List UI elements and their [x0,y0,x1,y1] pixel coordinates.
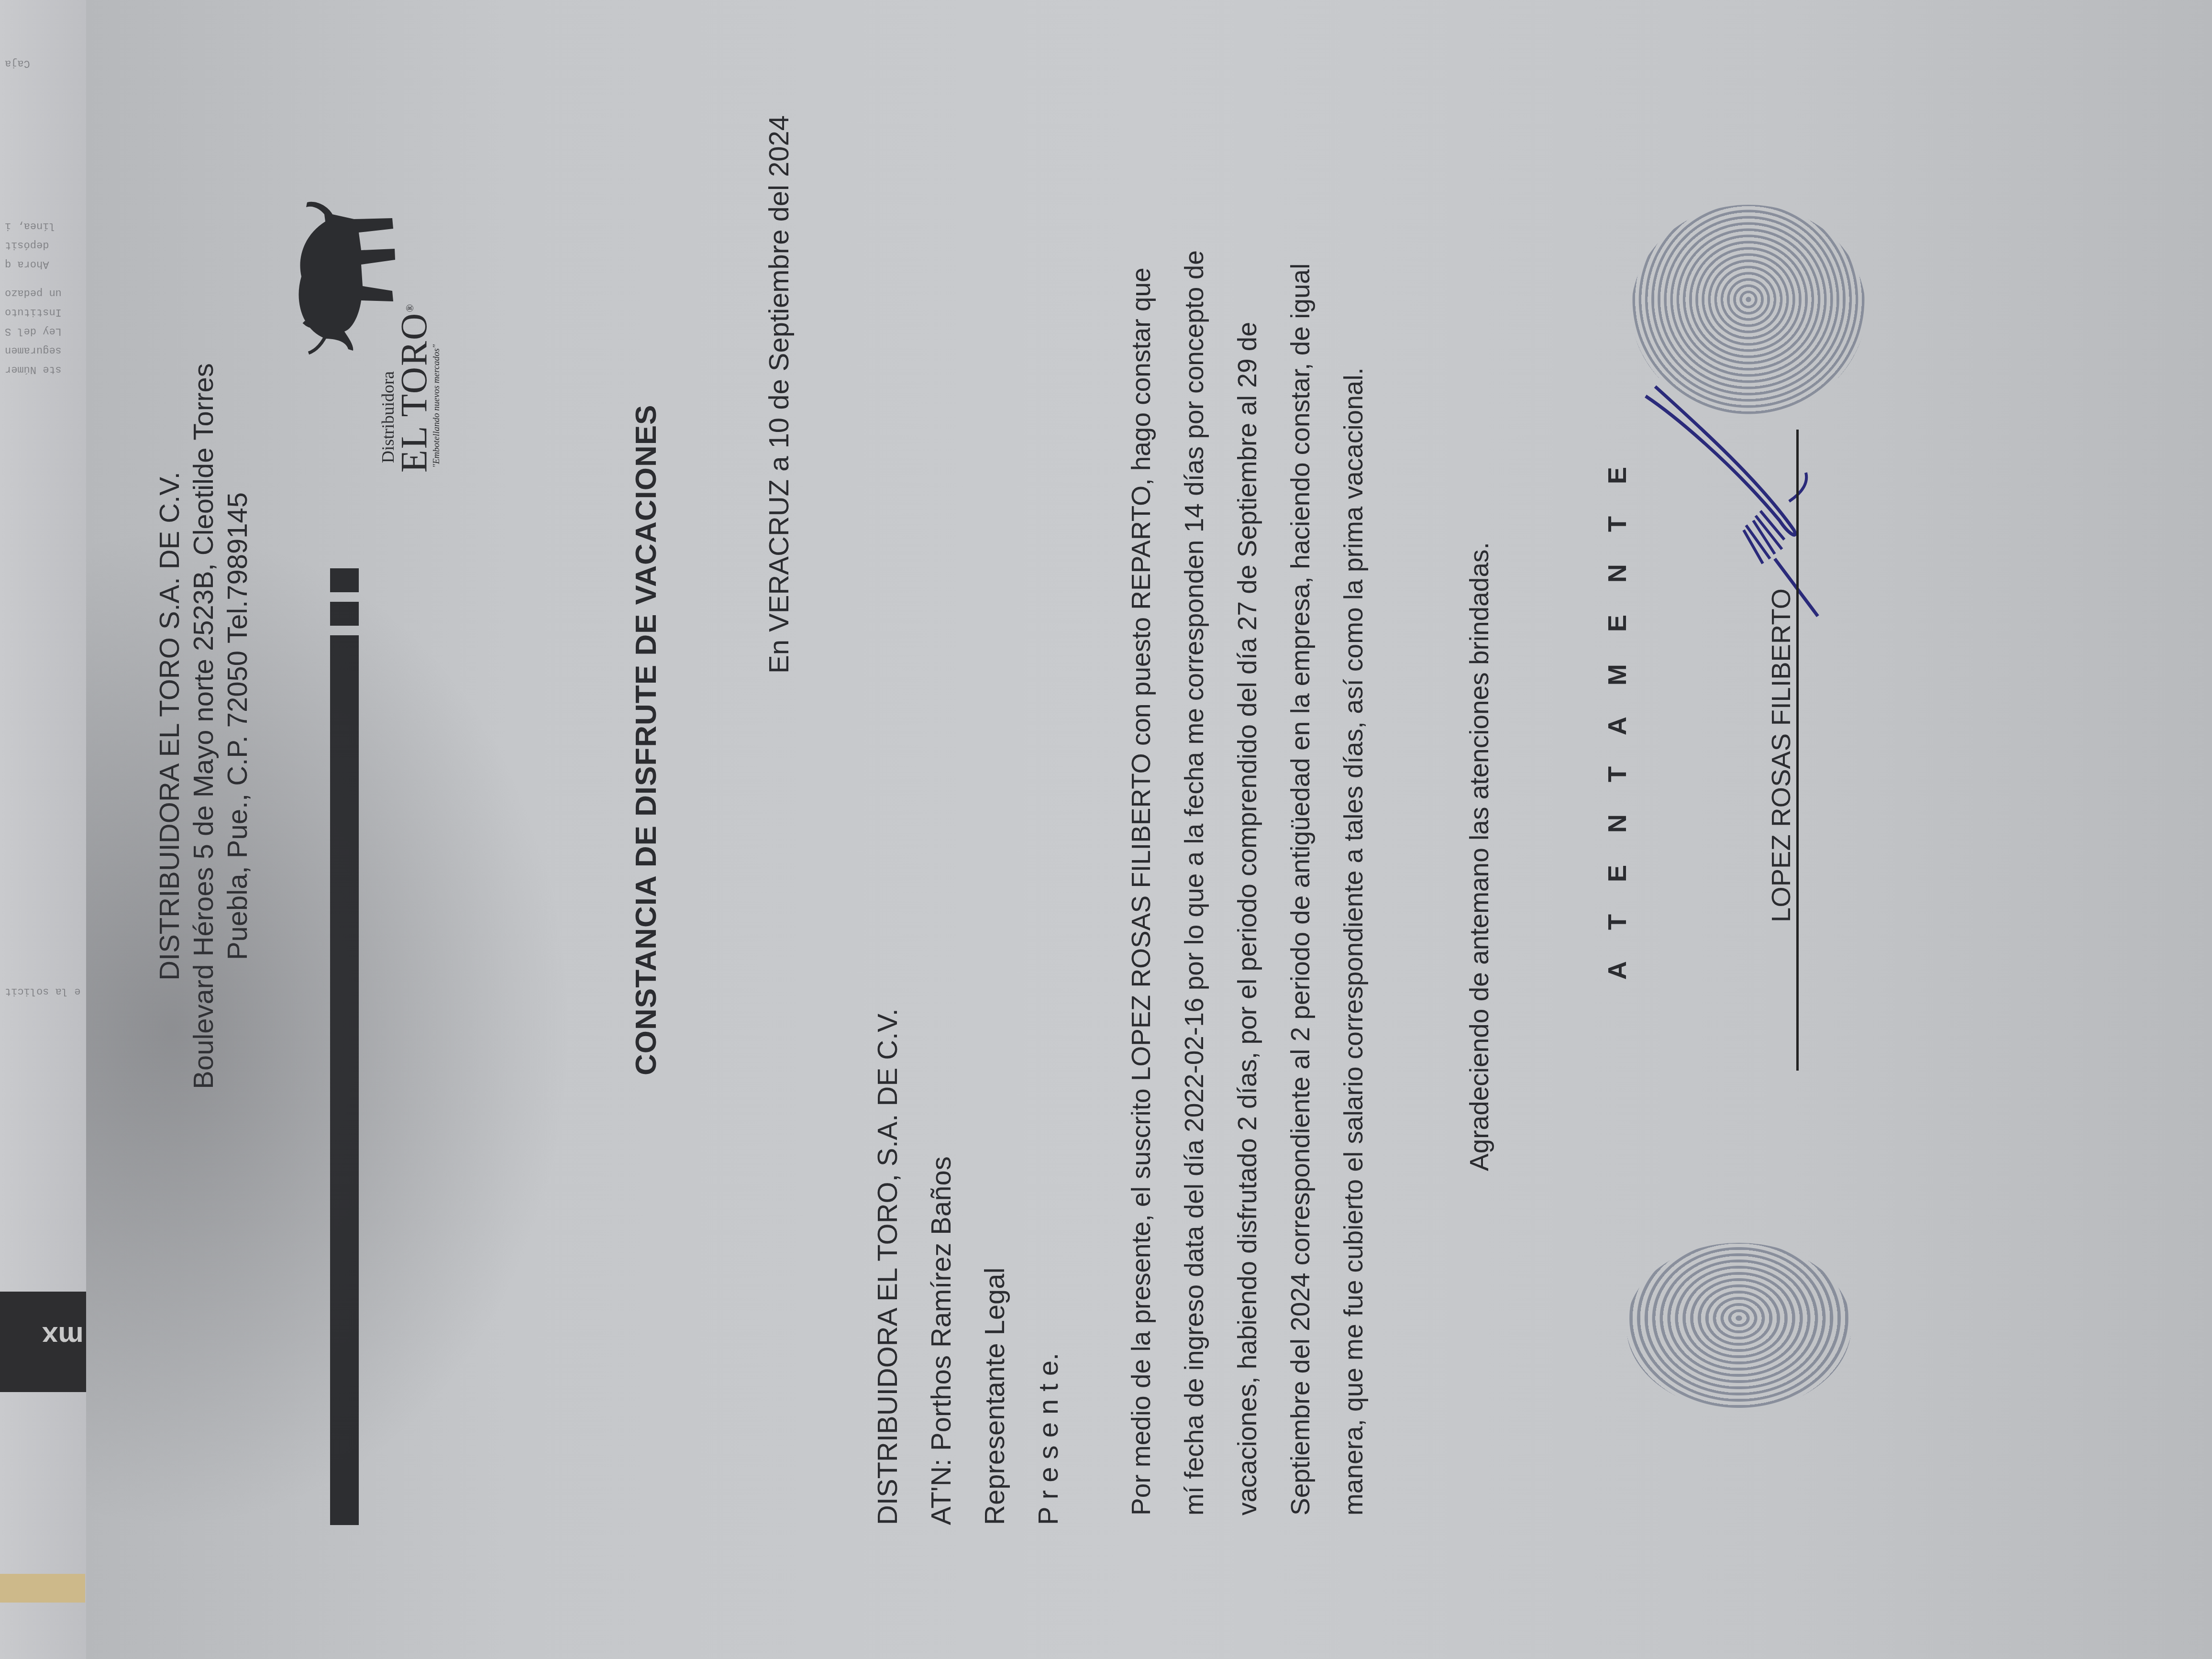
addressee-block: DISTRIBUIDORA EL TORO, S.A. DE C.V. AT'N… [861,1008,1075,1525]
underlying-text: línea, i [5,220,55,232]
underlying-text: ste Númer [5,364,62,376]
document-title: CONSTANCIA DE DISFRUTE DE VACACIONES [629,405,663,1075]
letterhead-text: DISTRIBUIDORA EL TORO S.A. DE C.V. Boule… [153,320,254,1133]
underlying-text: seguramen [5,344,62,356]
body-line: mí fecha de ingreso data del día 2022-02… [1168,80,1221,1515]
addressee-presente: P r e s e n t e. [1022,1008,1075,1525]
place-date: En VERACRUZ a 10 de Septiembre del 2024 [763,115,795,674]
signer-name: LOPEZ ROSAS FILIBERTO [1765,588,1796,922]
fingerprint-left [1626,1243,1851,1410]
addressee-role: Representante Legal [968,1008,1022,1525]
underlying-text: depósit [5,239,49,251]
document-sheet: DISTRIBUIDORA EL TORO S.A. DE C.V. Boule… [86,0,2212,1659]
body-line: Por medio de la presente, el suscrito LO… [1115,80,1168,1515]
address-line-1: Boulevard Héroes 5 de Mayo norte 2523B, … [187,320,221,1133]
addressee-company: DISTRIBUIDORA EL TORO, S.A. DE C.V. [861,1008,915,1525]
underlying-text: Caja [5,57,30,69]
letter-page: DISTRIBUIDORA EL TORO S.A. DE C.V. Boule… [86,0,2212,1659]
underlying-dark-band: mx [0,1292,88,1392]
body-line: manera, que me fue cubierto el salario c… [1327,80,1380,1515]
underlying-text: un pedazo [5,287,62,299]
underlying-paper: Caja línea, i depósit Ahora q un pedazo … [0,0,91,1659]
address-line-2: Puebla, Pue., C.P. 72050 Tel.7989145 [221,320,255,1133]
signature [1617,367,1856,846]
logo-brand: EL TORO® [392,303,435,473]
closing-line: Agradeciendo de antemano las atenciones … [1464,542,1494,1171]
letterhead-bar-segment [330,602,359,626]
underlying-text: Instituto [5,306,62,318]
logo-tagline: "Embotellando nuevos mercados" [431,344,442,468]
addressee-attention: AT'N: Porthos Ramírez Baños [915,1008,968,1525]
letterhead-bar-segment [330,568,359,592]
letter-body: Por medio de la presente, el suscrito LO… [1115,80,1380,1515]
body-line: Septiembre del 2024 correspondiente al 2… [1274,80,1327,1515]
signature-line [1796,430,1799,1071]
underlying-text: e la solicit [5,985,80,997]
company-name: DISTRIBUIDORA EL TORO S.A. DE C.V. [153,320,187,1133]
body-line: vacaciones, habiendo disfrutado 2 días, … [1221,80,1274,1515]
underlying-text: Ley del S [5,325,62,337]
underlying-yellow-strip [0,1574,85,1603]
letterhead-bar [330,635,359,1525]
company-logo: Distribuidora EL TORO® "Embotellando nue… [268,195,450,482]
bull-icon [268,200,411,358]
underlying-text: Ahora q [5,258,49,270]
